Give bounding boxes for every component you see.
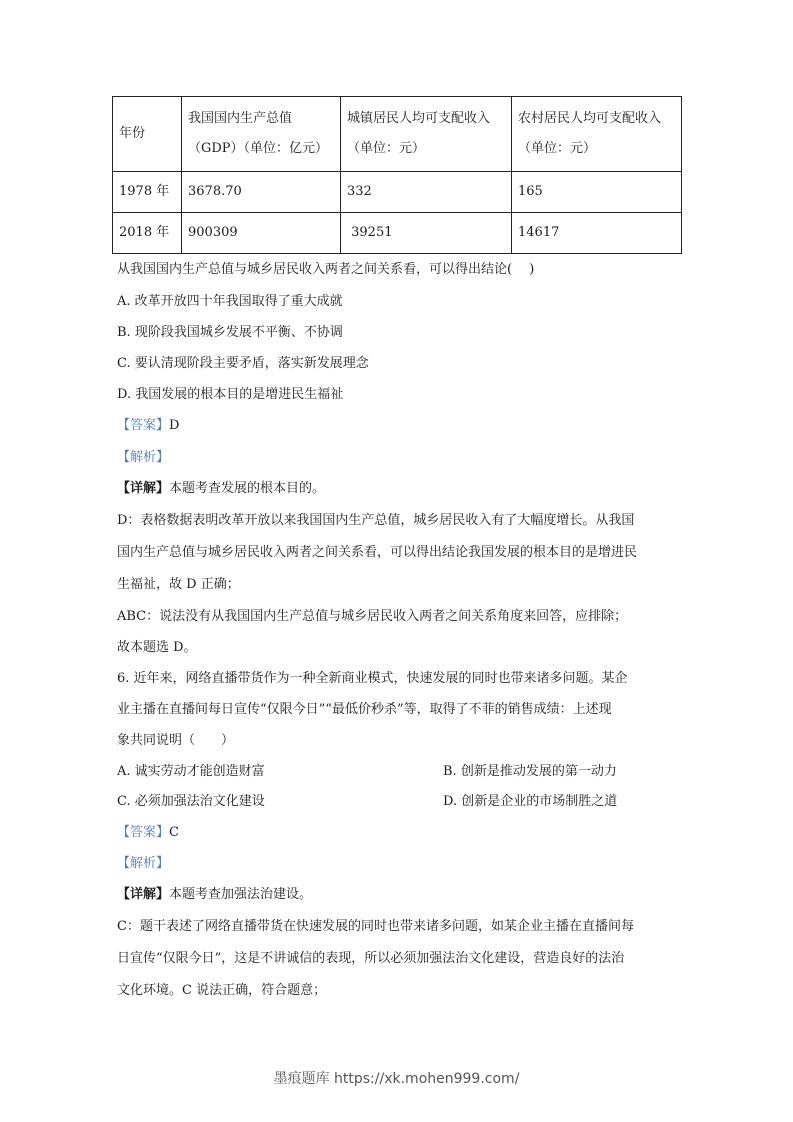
table-cell: 1978 年 bbox=[113, 172, 182, 213]
answer-value: C bbox=[169, 825, 179, 840]
q5-answer: 【答案】D bbox=[117, 418, 179, 434]
q5-option-d: D. 我国发展的根本目的是增进民生福祉 bbox=[117, 387, 343, 403]
table-row: 1978 年 3678.70 332 165 bbox=[113, 172, 682, 213]
table-cell: 14617 bbox=[512, 213, 682, 254]
q6-option-c: C. 必须加强法治文化建设 bbox=[117, 794, 265, 810]
q6-stem-line: 业主播在直播间每日宣传“仅限今日”“最低价秒杀”等，取得了不菲的销售成绩：上述现 bbox=[117, 702, 612, 718]
q5-explanation-line: ABC：说法没有从我国国内生产总值与城乡居民收入两者之间关系角度来回答，应排除； bbox=[117, 609, 627, 625]
q6-analysis: 【解析】 bbox=[117, 856, 169, 872]
detail-intro: 本题考查发展的根本目的。 bbox=[169, 481, 325, 496]
table-header-row: 年份 我国国内生产总值 （GDP）（单位：亿元） 城镇居民人均可支配收入 （单位… bbox=[113, 97, 682, 172]
header-cell-unit: （单位：元） bbox=[518, 134, 675, 164]
answer-label: 【答案】 bbox=[117, 825, 169, 840]
q5-analysis: 【解析】 bbox=[117, 450, 169, 466]
q6-answer: 【答案】C bbox=[117, 825, 179, 841]
header-cell-text: 城镇居民人均可支配收入 bbox=[347, 104, 505, 134]
detail-label: 【详解】 bbox=[117, 887, 169, 902]
detail-label: 【详解】 bbox=[117, 481, 169, 496]
q5-option-c: C. 要认清现阶段主要矛盾，落实新发展理念 bbox=[117, 356, 369, 372]
q6-option-a: A. 诚实劳动才能创造财富 bbox=[117, 764, 265, 780]
q5-stem: 从我国国内生产总值与城乡居民收入两者之间关系看，可以得出结论( ) bbox=[117, 262, 534, 278]
header-cell-text: 农村居民人均可支配收入 bbox=[518, 104, 675, 134]
answer-label: 【答案】 bbox=[117, 418, 169, 433]
header-cell-text: 年份 bbox=[119, 126, 145, 141]
header-cell-unit: （单位：元） bbox=[347, 134, 505, 164]
q5-explanation-line: 故本题选 D。 bbox=[117, 640, 197, 656]
analysis-label: 【解析】 bbox=[117, 450, 169, 465]
header-urban-income: 城镇居民人均可支配收入 （单位：元） bbox=[341, 97, 512, 172]
header-rural-income: 农村居民人均可支配收入 （单位：元） bbox=[512, 97, 682, 172]
table-cell: 900309 bbox=[182, 213, 341, 254]
table-cell: 332 bbox=[341, 172, 512, 213]
table-row: 2018 年 900309 39251 14617 bbox=[113, 213, 682, 254]
q6-explanation-line: C：题干表述了网络直播带货在快速发展的同时也带来诸多问题，如某企业主播在直播间每 bbox=[117, 919, 634, 935]
q5-explanation-line: D：表格数据表明改革开放以来我国国内生产总值，城乡居民收入有了大幅度增长。从我国 bbox=[117, 513, 634, 529]
q5-explanation-line: 国内生产总值与城乡居民收入两者之间关系看，可以得出结论我国发展的根本目的是增进民 bbox=[117, 545, 637, 561]
q5-explanation-line: 生福祉，故 D 正确； bbox=[117, 577, 240, 593]
header-cell-unit: （GDP）（单位：亿元） bbox=[188, 134, 334, 164]
q5-option-b: B. 现阶段我国城乡发展不平衡、不协调 bbox=[117, 325, 343, 341]
analysis-label: 【解析】 bbox=[117, 856, 169, 871]
table-cell: 3678.70 bbox=[182, 172, 341, 213]
q6-stem-line: 象共同说明（ ） bbox=[117, 733, 234, 749]
q5-option-a: A. 改革开放四十年我国取得了重大成就 bbox=[117, 294, 343, 310]
detail-intro: 本题考查加强法治建设。 bbox=[169, 887, 312, 902]
q6-explanation-line: 日宣传“仅限今日”，这是不讲诚信的表现，所以必须加强法治文化建设，营造良好的法治 bbox=[117, 951, 624, 967]
table-cell: 165 bbox=[512, 172, 682, 213]
q6-option-b: B. 创新是推动发展的第一动力 bbox=[443, 764, 617, 780]
gdp-income-table: 年份 我国国内生产总值 （GDP）（单位：亿元） 城镇居民人均可支配收入 （单位… bbox=[112, 96, 682, 254]
q6-stem-line: 6. 近年来，网络直播带货作为一种全新商业模式，快速发展的同时也带来诸多问题。某… bbox=[117, 671, 628, 687]
document-page: 年份 我国国内生产总值 （GDP）（单位：亿元） 城镇居民人均可支配收入 （单位… bbox=[0, 0, 793, 1122]
table-cell: 2018 年 bbox=[113, 213, 182, 254]
q6-detail: 【详解】本题考查加强法治建设。 bbox=[117, 887, 312, 903]
table-cell: 39251 bbox=[341, 213, 512, 254]
q5-detail: 【详解】本题考查发展的根本目的。 bbox=[117, 481, 325, 497]
header-cell-text: 我国国内生产总值 bbox=[188, 104, 334, 134]
q6-option-d: D. 创新是企业的市场制胜之道 bbox=[443, 794, 617, 810]
q6-explanation-line: 文化环境。C 说法正确，符合题意； bbox=[117, 983, 326, 999]
answer-value: D bbox=[169, 418, 179, 433]
footer-watermark: 墨痕题库 https://xk.mohen999.com/ bbox=[0, 1068, 793, 1088]
header-year: 年份 bbox=[113, 97, 182, 172]
header-gdp: 我国国内生产总值 （GDP）（单位：亿元） bbox=[182, 97, 341, 172]
